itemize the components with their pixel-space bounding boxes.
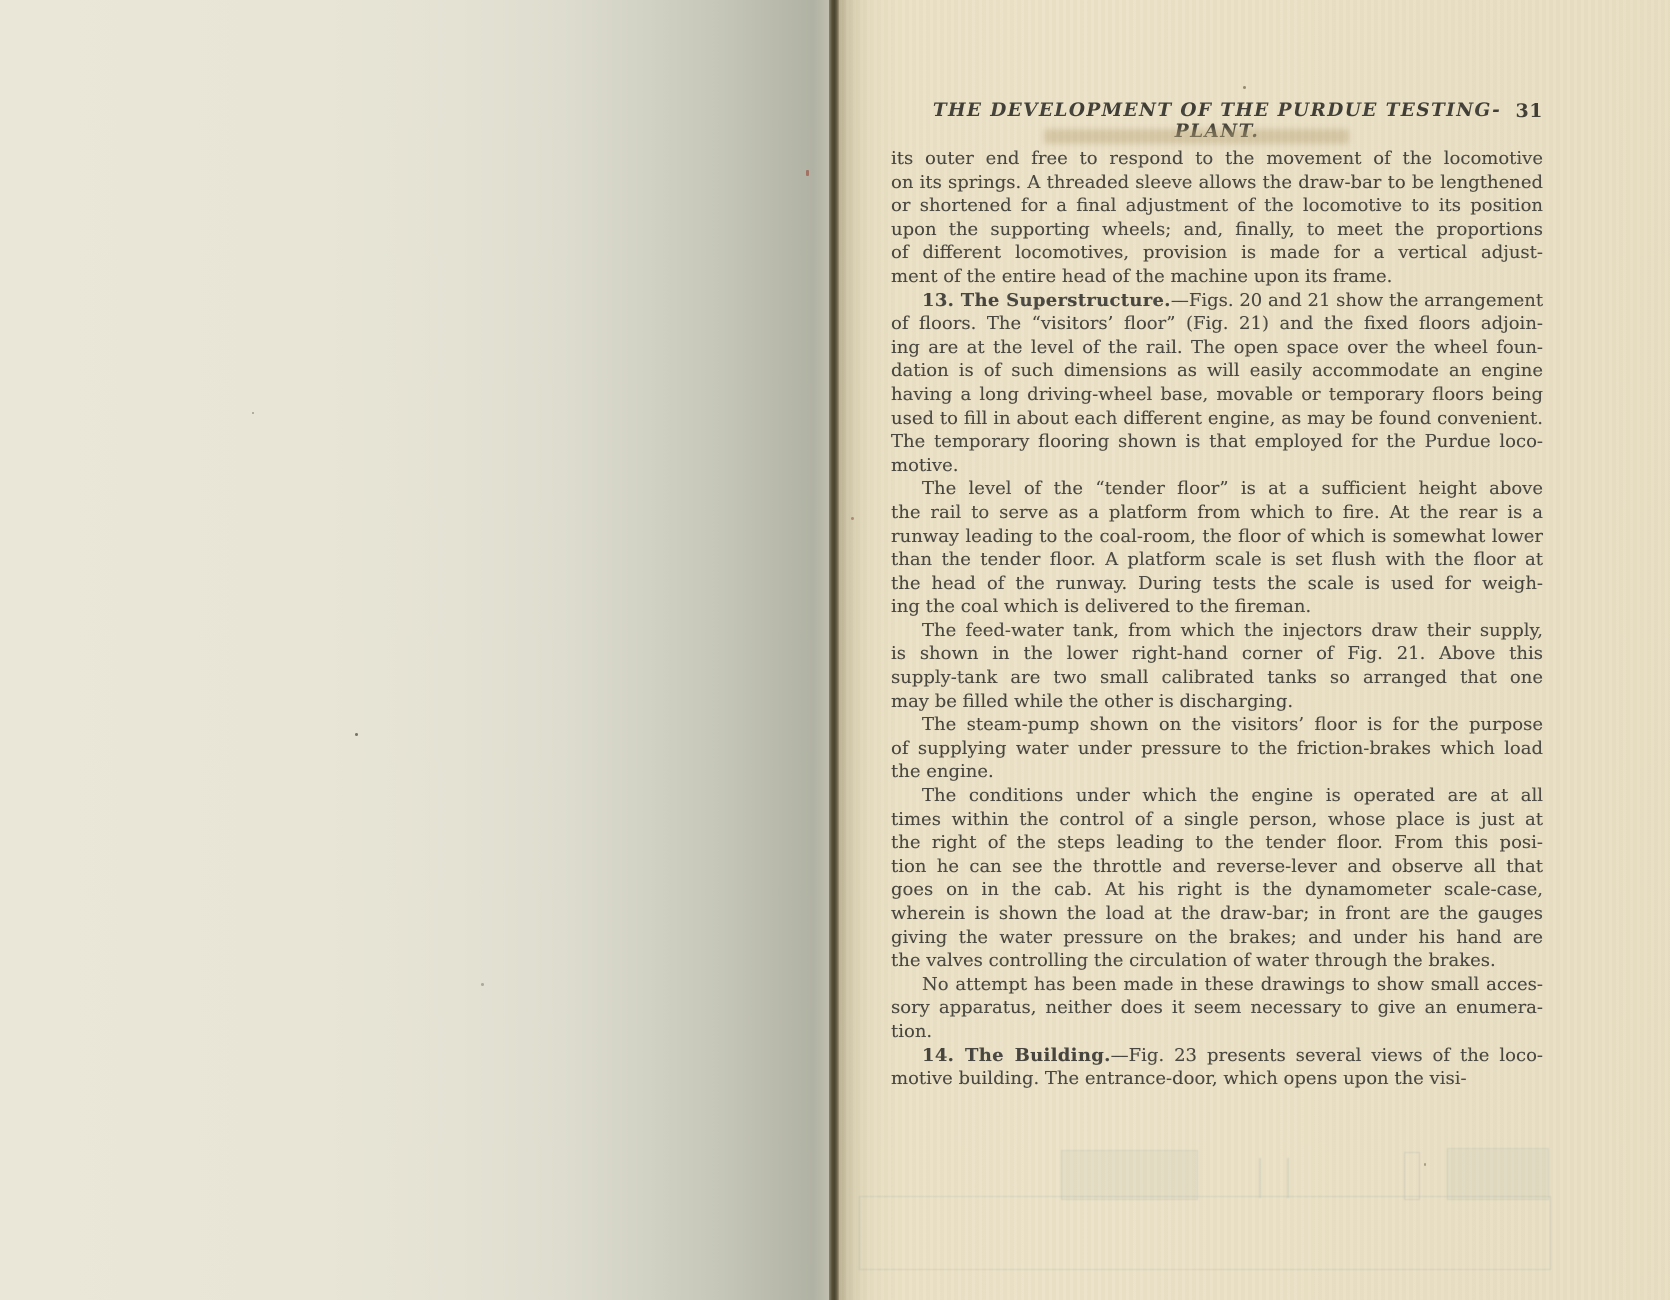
text-line: the engine. — [891, 760, 1543, 784]
text-line: wherein is shown the load at the draw-ba… — [891, 902, 1543, 926]
section-heading: 14. The Building. — [922, 1045, 1111, 1066]
text-line: dation is of such dimensions as will eas… — [891, 359, 1543, 383]
paper-speck — [481, 983, 484, 986]
text-line: ing the coal which is delivered to the f… — [891, 595, 1543, 619]
running-head: THE DEVELOPMENT OF THE PURDUE TESTING-PL… — [891, 100, 1543, 126]
text-line: upon the supporting wheels; and, finally… — [891, 218, 1543, 242]
text-line: ment of the entire head of the machine u… — [891, 265, 1543, 289]
text-line: or shortened for a final adjustment of t… — [891, 194, 1543, 218]
text-line: having a long driving-wheel base, movabl… — [891, 383, 1543, 407]
text-line: the right of the steps leading to the te… — [891, 831, 1543, 855]
text-line: The steam-pump shown on the visitors’ fl… — [891, 713, 1543, 737]
text-line: The conditions under which the engine is… — [891, 784, 1543, 808]
book-spine-gutter — [829, 0, 839, 1300]
section-heading: 13. The Superstructure. — [922, 290, 1171, 311]
text-line: may be filled while the other is dischar… — [891, 690, 1543, 714]
text-line: tion he can see the throttle and reverse… — [891, 855, 1543, 879]
paper-speck — [355, 733, 358, 736]
body-text-column: its outer end free to respond to the mov… — [891, 147, 1543, 1091]
right-page: THE DEVELOPMENT OF THE PURDUE TESTING-PL… — [839, 0, 1670, 1300]
text-line: of floors. The “visitors’ floor” (Fig. 2… — [891, 312, 1543, 336]
text-line: supply-tank are two small calibrated tan… — [891, 666, 1543, 690]
bleedthrough-ghost-text — [1044, 129, 1349, 144]
text-line: sory apparatus, neither does it seem nec… — [891, 996, 1543, 1020]
text-line: runway leading to the coal-room, the flo… — [891, 525, 1543, 549]
text-line: motive. — [891, 454, 1543, 478]
text-line: goes on in the cab. At his right is the … — [891, 878, 1543, 902]
text-line: used to fill in about each different eng… — [891, 407, 1543, 431]
page-number: 31 — [1516, 100, 1543, 122]
text-line: No attempt has been made in these drawin… — [891, 973, 1543, 997]
text-line: The level of the “tender floor” is at a … — [891, 477, 1543, 501]
text-line: the head of the runway. During tests the… — [891, 572, 1543, 596]
text-line: the valves controlling the circulation o… — [891, 949, 1543, 973]
text-line: 13. The Superstructure.—Figs. 20 and 21 … — [891, 289, 1543, 313]
text-line: on its springs. A threaded sleeve allows… — [891, 171, 1543, 195]
paper-speck — [851, 517, 854, 520]
text-line: than the tender floor. A platform scale … — [891, 548, 1543, 572]
text-line: of supplying water under pressure to the… — [891, 737, 1543, 761]
text-line: ing are at the level of the rail. The op… — [891, 336, 1543, 360]
paper-speck — [252, 412, 254, 414]
paper-speck — [806, 170, 809, 176]
text-line: of different locomotives, provision is m… — [891, 241, 1543, 265]
text-line: The temporary flooring shown is that emp… — [891, 430, 1543, 454]
text-line: the rail to serve as a platform from whi… — [891, 501, 1543, 525]
text-line: times within the control of a single per… — [891, 808, 1543, 832]
text-line: is shown in the lower right-hand corner … — [891, 642, 1543, 666]
text-line: its outer end free to respond to the mov… — [891, 147, 1543, 171]
paper-speck — [1424, 1163, 1426, 1166]
text-line: The feed-water tank, from which the inje… — [891, 619, 1543, 643]
text-line: giving the water pressure on the brakes;… — [891, 926, 1543, 950]
text-line: 14. The Building.—Fig. 23 presents sever… — [891, 1044, 1543, 1068]
text-line: tion. — [891, 1020, 1543, 1044]
book-spread-scan: THE DEVELOPMENT OF THE PURDUE TESTING-PL… — [0, 0, 1670, 1300]
paper-speck — [1243, 86, 1246, 89]
left-page-blank — [0, 0, 830, 1300]
text-line: motive building. The entrance-door, whic… — [891, 1067, 1543, 1091]
